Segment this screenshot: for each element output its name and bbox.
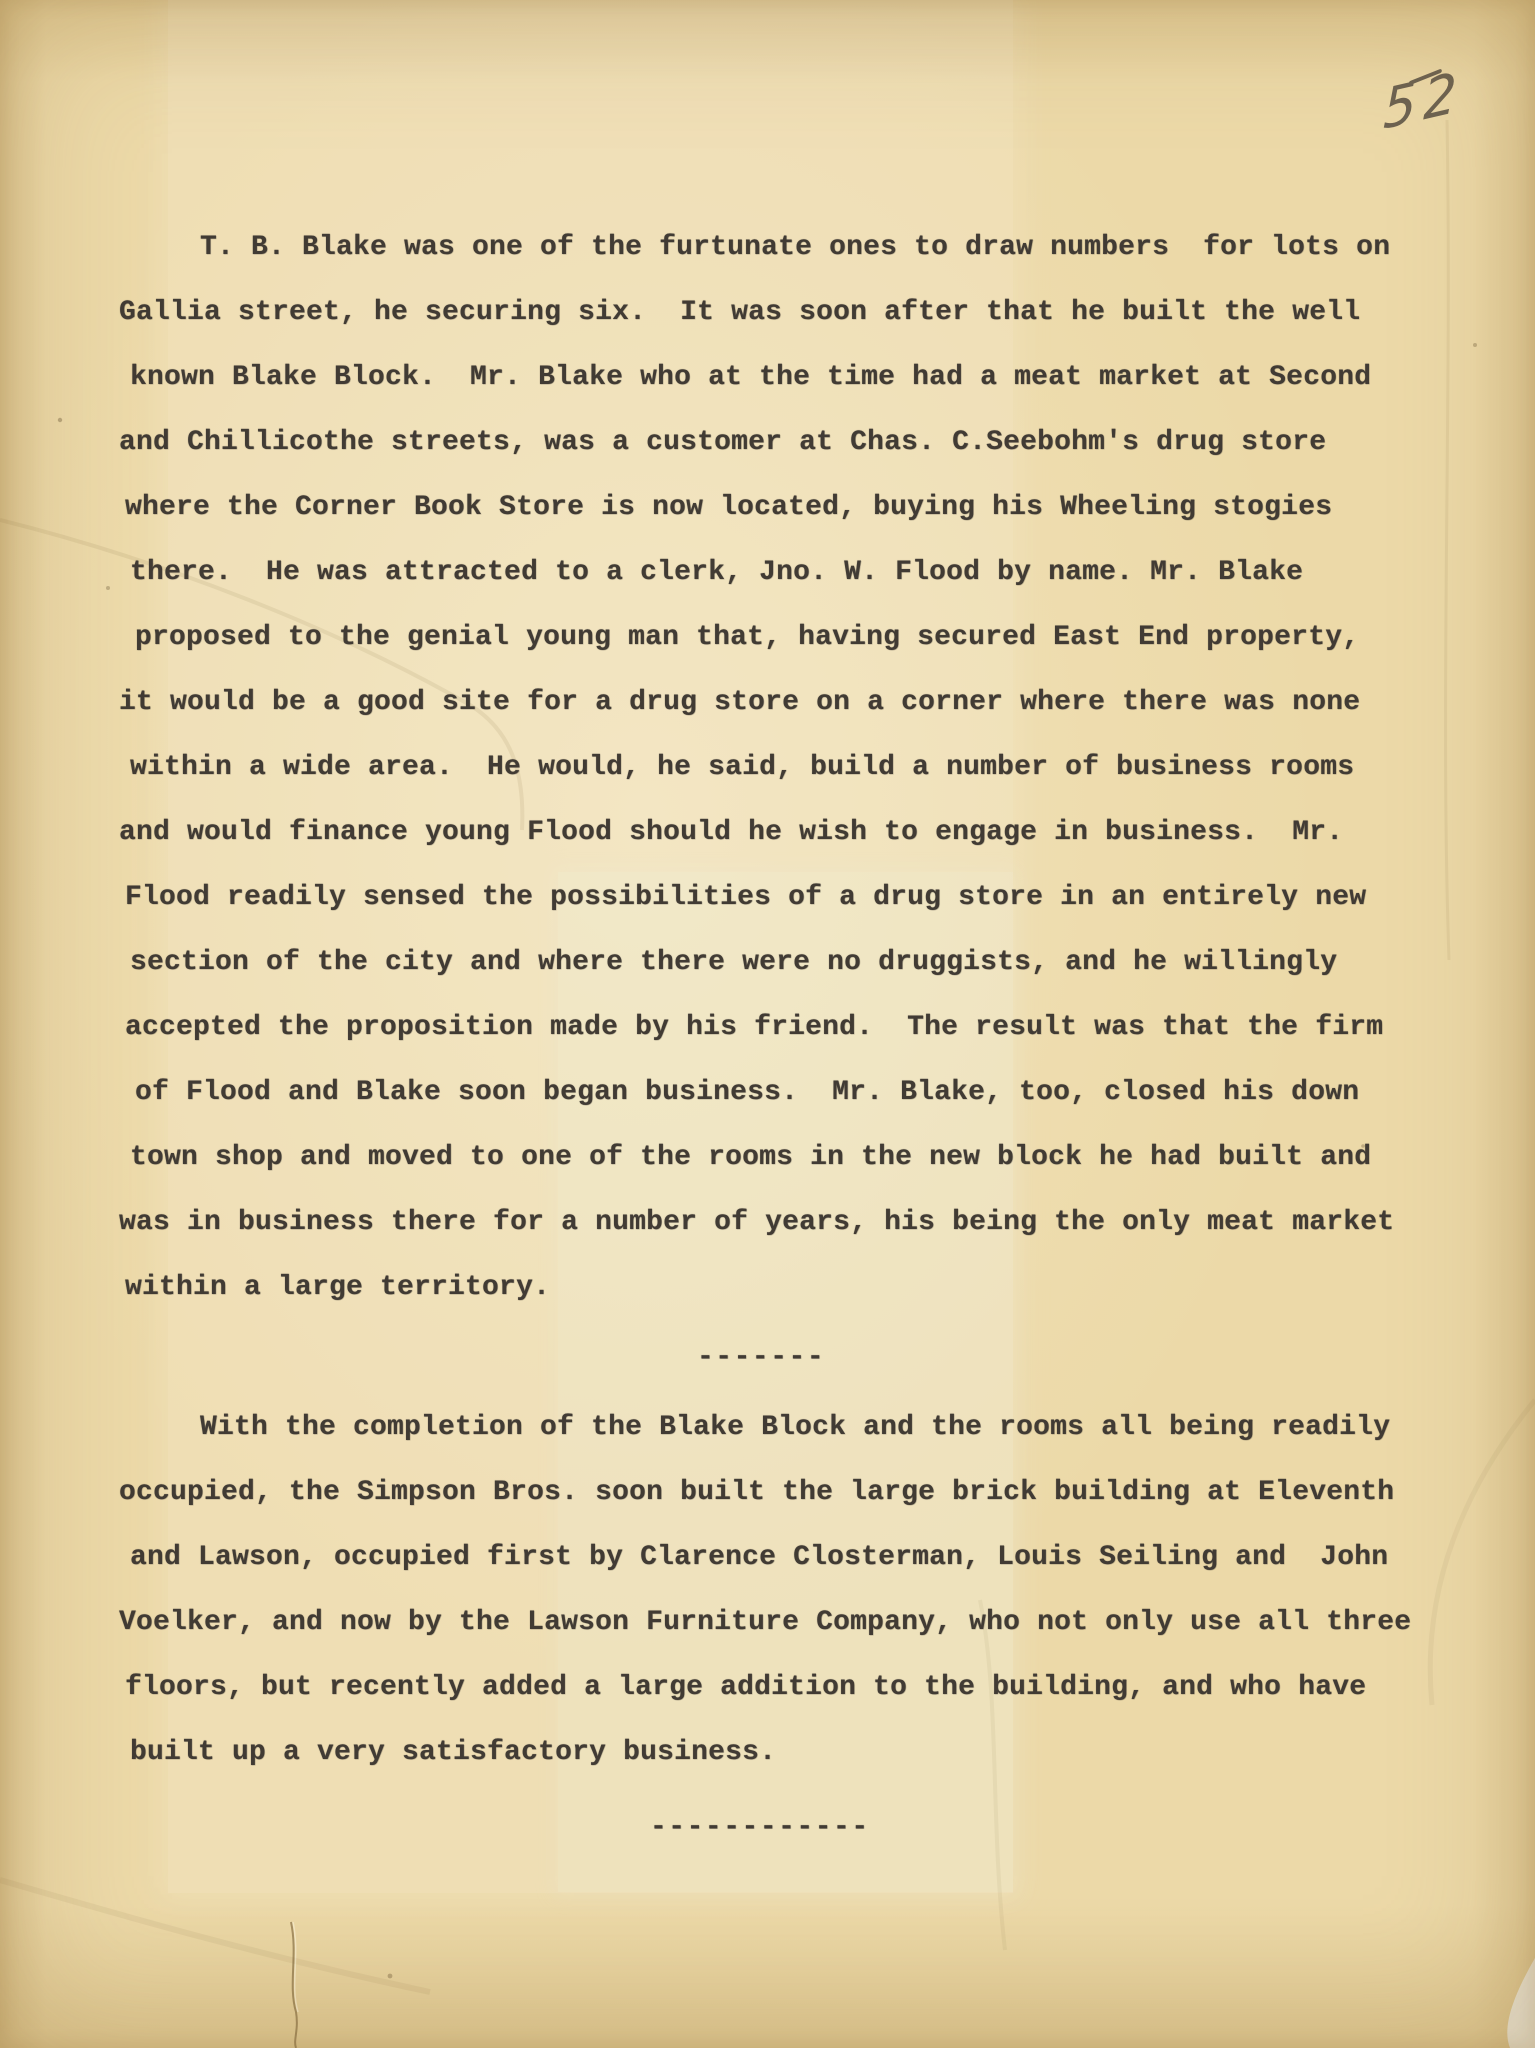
typed-line: and Chillicothe streets, was a customer … bbox=[119, 410, 1455, 475]
section-separator: ------- bbox=[125, 1325, 1455, 1390]
paragraph-2: With the completion of the Blake Block a… bbox=[125, 1395, 1455, 1785]
typed-line: section of the city and where there were… bbox=[130, 930, 1455, 995]
typed-line: Voelker, and now by the Lawson Furniture… bbox=[119, 1590, 1455, 1655]
typed-line: of Flood and Blake soon began business. … bbox=[135, 1060, 1455, 1125]
typed-line: was in business there for a number of ye… bbox=[119, 1190, 1455, 1255]
typed-line: occupied, the Simpson Bros. soon built t… bbox=[119, 1460, 1455, 1525]
typed-line: built up a very satisfactory business. bbox=[130, 1720, 1455, 1785]
typed-line: within a wide area. He would, he said, b… bbox=[130, 735, 1455, 800]
typed-text-block: T. B. Blake was one of the furtunate one… bbox=[125, 215, 1455, 1860]
handwritten-page-number: 52 bbox=[1383, 64, 1465, 138]
section-separator-2: ------------ bbox=[125, 1795, 1455, 1860]
paragraph-1: T. B. Blake was one of the furtunate one… bbox=[125, 215, 1455, 1320]
typed-line: where the Corner Book Store is now locat… bbox=[125, 475, 1455, 540]
scanned-document-page: 52 T. B. Blake was one of the furtunate … bbox=[0, 0, 1535, 2048]
typed-line: Flood readily sensed the possibilities o… bbox=[125, 865, 1455, 930]
typed-line: and would finance young Flood should he … bbox=[119, 800, 1455, 865]
typed-line: there. He was attracted to a clerk, Jno.… bbox=[130, 540, 1455, 605]
typed-line: within a large territory. bbox=[125, 1255, 1455, 1320]
typed-line: Gallia street, he securing six. It was s… bbox=[119, 280, 1455, 345]
typed-line: town shop and moved to one of the rooms … bbox=[130, 1125, 1455, 1190]
typed-line: it would be a good site for a drug store… bbox=[119, 670, 1455, 735]
typed-line: and Lawson, occupied first by Clarence C… bbox=[130, 1525, 1455, 1590]
typed-line: T. B. Blake was one of the furtunate one… bbox=[125, 215, 1455, 280]
typed-line: accepted the proposition made by his fri… bbox=[125, 995, 1455, 1060]
typed-line: known Blake Block. Mr. Blake who at the … bbox=[130, 345, 1455, 410]
typed-line: With the completion of the Blake Block a… bbox=[125, 1395, 1455, 1460]
typed-line: proposed to the genial young man that, h… bbox=[135, 605, 1455, 670]
typed-line: floors, but recently added a large addit… bbox=[125, 1655, 1455, 1720]
